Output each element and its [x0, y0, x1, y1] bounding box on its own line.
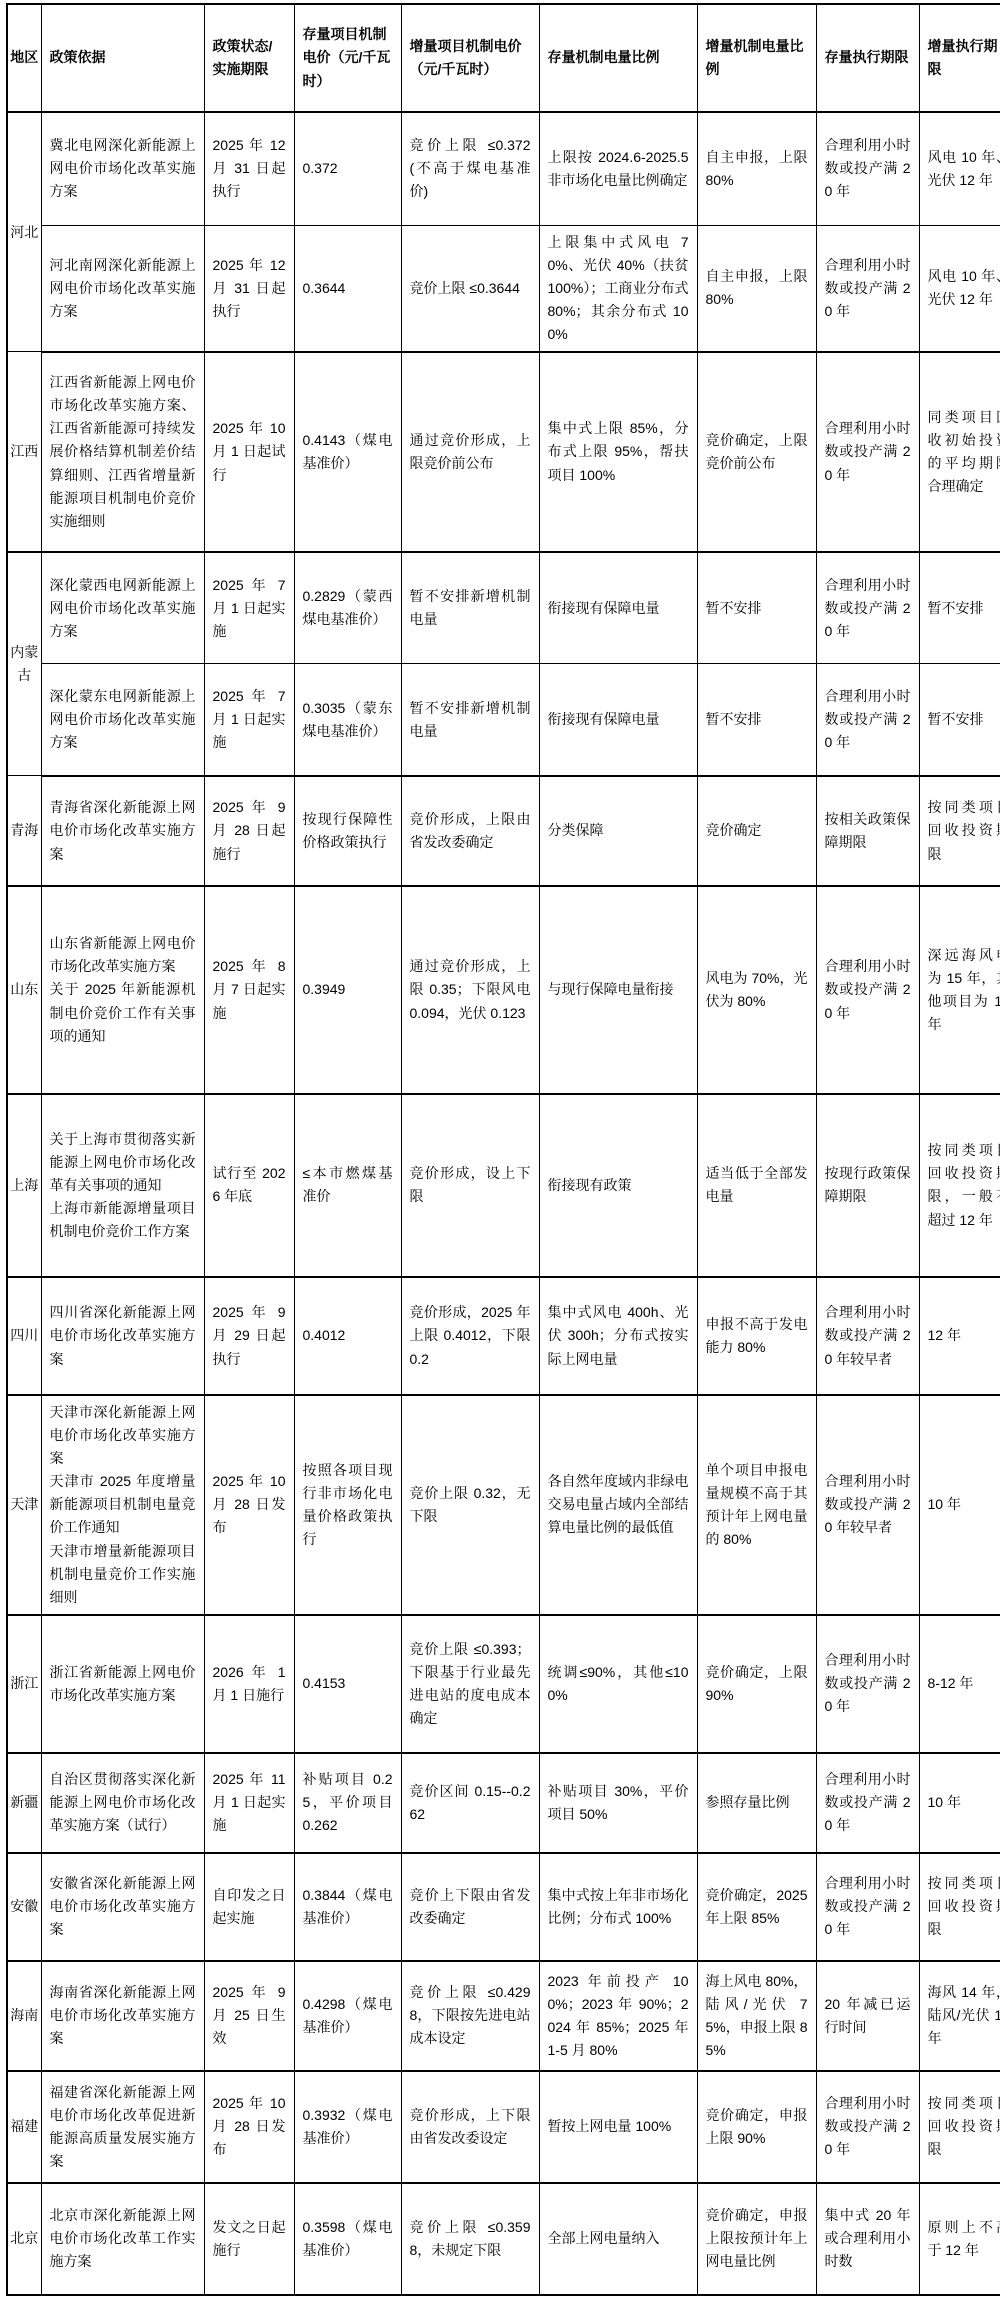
- cell-incremental-ratio: 海上风电 80%，陆风/光伏 75%，申报上限 85%: [697, 1961, 816, 2071]
- cell-policy-basis: 关于上海市贯彻落实新能源上网电价市场化改革有关事项的通知 上海市新能源增量项目机…: [41, 1094, 204, 1277]
- cell-existing-price: ≤本市燃煤基准价: [294, 1094, 401, 1277]
- cell-existing-term: 20 年减已运行时间: [816, 1961, 919, 2071]
- region-cell: 新疆: [7, 1753, 41, 1853]
- table-row: 河北冀北电网深化新能源上网电价市场化改革实施方案2025 年 12 月 31 日…: [7, 112, 1000, 225]
- cell-existing-ratio: 统调≤90%，其他≤100%: [539, 1615, 697, 1753]
- cell-existing-term: 合理利用小时数或投产满 20 年: [816, 886, 919, 1094]
- cell-existing-ratio: 暂按上网电量 100%: [539, 2071, 697, 2183]
- cell-existing-term: 合理利用小时数或投产满 20 年: [816, 352, 919, 552]
- cell-policy-basis: 深化蒙东电网新能源上网电价市场化改革实施方案: [41, 664, 204, 776]
- cell-incremental-term: 同类项目回收初始投资的平均期限合理确定: [919, 352, 1000, 552]
- cell-incremental-price: 竞价上限 0.32，无下限: [401, 1395, 539, 1615]
- table-row: 山东山东省新能源上网电价市场化改革实施方案 关于 2025 年新能源机制电价竞价…: [7, 886, 1000, 1094]
- table-row: 深化蒙东电网新能源上网电价市场化改革实施方案2025 年 7 月 1 日起实施0…: [7, 664, 1000, 776]
- cell-incremental-ratio: 单个项目申报电量规模不高于其预计年上网电量的 80%: [697, 1395, 816, 1615]
- cell-incremental-term: 海风 14 年，陆风/光伏 12 年: [919, 1961, 1000, 2071]
- cell-incremental-price: 竞价形成，2025 年上限 0.4012，下限 0.2: [401, 1277, 539, 1395]
- cell-existing-term: 按相关政策保障期限: [816, 776, 919, 886]
- cell-policy-status: 2025 年 7 月 1 日起实施: [204, 552, 294, 664]
- header-cell-existing-ratio: 存量机制电量比例: [539, 4, 697, 112]
- cell-existing-ratio: 集中式风电 400h、光伏 300h；分布式按实际上网电量: [539, 1277, 697, 1395]
- cell-policy-basis: 安徽省深化新能源上网电价市场化改革实施方案: [41, 1853, 204, 1961]
- cell-policy-status: 2025 年 9 月 25 日生效: [204, 1961, 294, 2071]
- page: 地区政策依据政策状态/实施期限存量项目机制电价（元/千瓦时）增量项目机制电价（元…: [0, 0, 1000, 2299]
- cell-policy-status: 2025 年 8 月 7 日起实施: [204, 886, 294, 1094]
- cell-existing-ratio: 集中式按上年非市场化比例；分布式 100%: [539, 1853, 697, 1961]
- cell-existing-term: 合理利用小时数或投产满 20 年: [816, 225, 919, 352]
- cell-policy-status: 2025 年 12 月 31 日起执行: [204, 225, 294, 352]
- cell-existing-price: 0.2829（蒙西煤电基准价）: [294, 552, 401, 664]
- cell-existing-price: 0.4153: [294, 1615, 401, 1753]
- cell-incremental-term: 10 年: [919, 1753, 1000, 1853]
- region-cell: 天津: [7, 1395, 41, 1615]
- cell-incremental-price: 竞价上限 ≤0.3598，未规定下限: [401, 2183, 539, 2295]
- cell-existing-price: 0.3035（蒙东煤电基准价）: [294, 664, 401, 776]
- cell-policy-basis: 河北南网深化新能源上网电价市场化改革实施方案: [41, 225, 204, 352]
- cell-policy-basis: 山东省新能源上网电价市场化改革实施方案 关于 2025 年新能源机制电价竞价工作…: [41, 886, 204, 1094]
- cell-incremental-price: 竞价上下限由省发改委确定: [401, 1853, 539, 1961]
- cell-existing-term: 合理利用小时数或投产满 20 年: [816, 112, 919, 225]
- cell-incremental-ratio: 风电为 70%，光伏为 80%: [697, 886, 816, 1094]
- region-cell: 山东: [7, 886, 41, 1094]
- header-cell-incremental-term: 增量执行期限: [919, 4, 1000, 112]
- cell-incremental-term: 暂不安排: [919, 552, 1000, 664]
- cell-policy-status: 自印发之日起实施: [204, 1853, 294, 1961]
- cell-policy-status: 2025 年 12 月 31 日起执行: [204, 112, 294, 225]
- cell-existing-price: 0.4012: [294, 1277, 401, 1395]
- region-cell: 北京: [7, 2183, 41, 2295]
- cell-existing-price: 0.4298（煤电基准价）: [294, 1961, 401, 2071]
- region-cell: 安徽: [7, 1853, 41, 1961]
- cell-existing-ratio: 上限按 2024.6-2025.5 非市场化电量比例确定: [539, 112, 697, 225]
- cell-incremental-term: 按同类项目回收投资期限，一般不超过 12 年: [919, 1094, 1000, 1277]
- cell-incremental-price: 竞价上限 ≤0.3644: [401, 225, 539, 352]
- cell-existing-term: 合理利用小时数或投产满 20 年较早者: [816, 1395, 919, 1615]
- table-row: 江西江西省新能源上网电价市场化改革实施方案、江西省新能源可持续发展价格结算机制差…: [7, 352, 1000, 552]
- header-cell-policy-basis: 政策依据: [41, 4, 204, 112]
- cell-existing-ratio: 衔接现有政策: [539, 1094, 697, 1277]
- table-body: 河北冀北电网深化新能源上网电价市场化改革实施方案2025 年 12 月 31 日…: [7, 112, 1000, 2295]
- cell-incremental-price: 竞价形成，设上下限: [401, 1094, 539, 1277]
- cell-existing-ratio: 衔接现有保障电量: [539, 552, 697, 664]
- region-cell: 江西: [7, 352, 41, 552]
- cell-incremental-price: 暂不安排新增机制电量: [401, 552, 539, 664]
- cell-existing-term: 合理利用小时数或投产满 20 年较早者: [816, 1277, 919, 1395]
- cell-incremental-term: 按同类项目回收投资期限: [919, 1853, 1000, 1961]
- header-cell-incremental-price: 增量项目机制电价（元/千瓦时）: [401, 4, 539, 112]
- cell-policy-status: 2025 年 9 月 29 日起执行: [204, 1277, 294, 1395]
- cell-policy-basis: 天津市深化新能源上网电价市场化改革实施方案 天津市 2025 年度增量新能源项目…: [41, 1395, 204, 1615]
- cell-incremental-ratio: 适当低于全部发电量: [697, 1094, 816, 1277]
- cell-incremental-term: 风电 10 年、光伏 12 年: [919, 225, 1000, 352]
- header-cell-existing-term: 存量执行期限: [816, 4, 919, 112]
- cell-incremental-price: 竞价形成，上下限由省发改委设定: [401, 2071, 539, 2183]
- cell-policy-basis: 北京市深化新能源上网电价市场化改革工作实施方案: [41, 2183, 204, 2295]
- cell-incremental-term: 风电 10 年、光伏 12 年: [919, 112, 1000, 225]
- header-cell-region: 地区: [7, 4, 41, 112]
- cell-policy-status: 2025 年 10 月 28 日发布: [204, 2071, 294, 2183]
- region-cell: 内蒙古: [7, 552, 41, 776]
- cell-incremental-price: 通过竞价形成，上限 0.35；下限风电 0.094，光伏 0.123: [401, 886, 539, 1094]
- cell-incremental-term: 按同类项目回收投资期限: [919, 776, 1000, 886]
- cell-existing-price: 0.372: [294, 112, 401, 225]
- region-cell: 浙江: [7, 1615, 41, 1753]
- table-row: 青海青海省深化新能源上网电价市场化改革实施方案2025 年 9 月 28 日起施…: [7, 776, 1000, 886]
- cell-existing-ratio: 衔接现有保障电量: [539, 664, 697, 776]
- cell-policy-basis: 福建省深化新能源上网电价市场化改革促进新能源高质量发展实施方案: [41, 2071, 204, 2183]
- cell-incremental-ratio: 竞价确定，申报上限 90%: [697, 2071, 816, 2183]
- cell-incremental-ratio: 自主申报，上限 80%: [697, 112, 816, 225]
- cell-existing-ratio: 全部上网电量纳入: [539, 2183, 697, 2295]
- table-row: 新疆自治区贯彻落实深化新能源上网电价市场化改革实施方案（试行）2025 年 11…: [7, 1753, 1000, 1853]
- cell-incremental-ratio: 申报不高于发电能力 80%: [697, 1277, 816, 1395]
- table-row: 四川四川省深化新能源上网电价市场化改革实施方案2025 年 9 月 29 日起执…: [7, 1277, 1000, 1395]
- cell-policy-status: 2025 年 10 月 28 日发布: [204, 1395, 294, 1615]
- region-cell: 海南: [7, 1961, 41, 2071]
- cell-incremental-ratio: 自主申报，上限 80%: [697, 225, 816, 352]
- cell-policy-status: 2025 年 11 月 1 日起实施: [204, 1753, 294, 1853]
- table-row: 安徽安徽省深化新能源上网电价市场化改革实施方案自印发之日起实施0.3844（煤电…: [7, 1853, 1000, 1961]
- cell-existing-term: 集中式 20 年或合理利用小时数: [816, 2183, 919, 2295]
- cell-incremental-ratio: 竞价确定，上限竞价前公布: [697, 352, 816, 552]
- cell-existing-ratio: 分类保障: [539, 776, 697, 886]
- cell-incremental-term: 暂不安排: [919, 664, 1000, 776]
- cell-incremental-price: 暂不安排新增机制电量: [401, 664, 539, 776]
- cell-incremental-ratio: 竞价确定: [697, 776, 816, 886]
- cell-existing-ratio: 各自然年度域内非绿电交易电量占域内全部结算电量比例的最低值: [539, 1395, 697, 1615]
- cell-existing-price: 按照各项目现行非市场化电量价格政策执行: [294, 1395, 401, 1615]
- cell-existing-ratio: 集中式上限 85%，分布式上限 95%，帮扶项目 100%: [539, 352, 697, 552]
- cell-incremental-price: 竞价区间 0.15--0.262: [401, 1753, 539, 1853]
- table-row: 河北南网深化新能源上网电价市场化改革实施方案2025 年 12 月 31 日起执…: [7, 225, 1000, 352]
- table-header: 地区政策依据政策状态/实施期限存量项目机制电价（元/千瓦时）增量项目机制电价（元…: [7, 4, 1000, 112]
- cell-policy-basis: 自治区贯彻落实深化新能源上网电价市场化改革实施方案（试行）: [41, 1753, 204, 1853]
- header-row: 地区政策依据政策状态/实施期限存量项目机制电价（元/千瓦时）增量项目机制电价（元…: [7, 4, 1000, 112]
- cell-incremental-ratio: 竞价确定，上限 90%: [697, 1615, 816, 1753]
- cell-incremental-price: 竞价上限 ≤0.372(不高于煤电基准价): [401, 112, 539, 225]
- cell-incremental-price: 竞价上限 ≤0.4298，下限按先进电站成本设定: [401, 1961, 539, 2071]
- cell-policy-status: 2026 年 1 月 1 日施行: [204, 1615, 294, 1753]
- table-row: 北京北京市深化新能源上网电价市场化改革工作实施方案发文之日起施行0.3598（煤…: [7, 2183, 1000, 2295]
- cell-incremental-term: 12 年: [919, 1277, 1000, 1395]
- header-cell-existing-price: 存量项目机制电价（元/千瓦时）: [294, 4, 401, 112]
- table-row: 天津天津市深化新能源上网电价市场化改革实施方案 天津市 2025 年度增量新能源…: [7, 1395, 1000, 1615]
- cell-existing-price: 0.4143（煤电基准价）: [294, 352, 401, 552]
- cell-existing-price: 0.3932（煤电基准价）: [294, 2071, 401, 2183]
- cell-policy-basis: 深化蒙西电网新能源上网电价市场化改革实施方案: [41, 552, 204, 664]
- header-cell-incremental-ratio: 增量机制电量比例: [697, 4, 816, 112]
- cell-incremental-ratio: 暂不安排: [697, 664, 816, 776]
- table-row: 内蒙古深化蒙西电网新能源上网电价市场化改革实施方案2025 年 7 月 1 日起…: [7, 552, 1000, 664]
- cell-policy-basis: 江西省新能源上网电价市场化改革实施方案、江西省新能源可持续发展价格结算机制差价结…: [41, 352, 204, 552]
- cell-incremental-term: 10 年: [919, 1395, 1000, 1615]
- cell-existing-price: 补贴项目 0.25，平价项目 0.262: [294, 1753, 401, 1853]
- cell-existing-term: 合理利用小时数或投产满 20 年: [816, 552, 919, 664]
- cell-incremental-ratio: 竞价确定，2025 年上限 85%: [697, 1853, 816, 1961]
- cell-existing-ratio: 上限集中式风电 70%、光伏 40%（扶贫 100%）；工商业分布式 80%；其…: [539, 225, 697, 352]
- cell-policy-basis: 青海省深化新能源上网电价市场化改革实施方案: [41, 776, 204, 886]
- cell-policy-status: 试行至 2026 年底: [204, 1094, 294, 1277]
- table-row: 浙江浙江省新能源上网电价市场化改革实施方案2026 年 1 月 1 日施行0.4…: [7, 1615, 1000, 1753]
- cell-existing-term: 按现行政策保障期限: [816, 1094, 919, 1277]
- cell-existing-term: 合理利用小时数或投产满 20 年: [816, 1615, 919, 1753]
- cell-incremental-ratio: 参照存量比例: [697, 1753, 816, 1853]
- cell-existing-price: 按现行保障性价格政策执行: [294, 776, 401, 886]
- cell-policy-basis: 浙江省新能源上网电价市场化改革实施方案: [41, 1615, 204, 1753]
- cell-policy-status: 发文之日起施行: [204, 2183, 294, 2295]
- cell-policy-basis: 四川省深化新能源上网电价市场化改革实施方案: [41, 1277, 204, 1395]
- region-cell: 上海: [7, 1094, 41, 1277]
- cell-existing-price: 0.3644: [294, 225, 401, 352]
- cell-existing-price: 0.3598（煤电基准价）: [294, 2183, 401, 2295]
- cell-policy-status: 2025 年 9 月 28 日起施行: [204, 776, 294, 886]
- cell-existing-price: 0.3844（煤电基准价）: [294, 1853, 401, 1961]
- header-cell-policy-status: 政策状态/实施期限: [204, 4, 294, 112]
- cell-policy-basis: 冀北电网深化新能源上网电价市场化改革实施方案: [41, 112, 204, 225]
- cell-existing-ratio: 与现行保障电量衔接: [539, 886, 697, 1094]
- cell-existing-ratio: 补贴项目 30%，平价项目 50%: [539, 1753, 697, 1853]
- region-cell: 青海: [7, 776, 41, 886]
- cell-existing-ratio: 2023 年前投产 100%；2023 年 90%；2024 年 85%；202…: [539, 1961, 697, 2071]
- cell-policy-status: 2025 年 10 月 1 日起试行: [204, 352, 294, 552]
- table-row: 上海关于上海市贯彻落实新能源上网电价市场化改革有关事项的通知 上海市新能源增量项…: [7, 1094, 1000, 1277]
- cell-existing-term: 合理利用小时数或投产满 20 年: [816, 2071, 919, 2183]
- cell-incremental-price: 竞价形成，上限由省发改委确定: [401, 776, 539, 886]
- cell-existing-term: 合理利用小时数或投产满 20 年: [816, 664, 919, 776]
- cell-incremental-price: 竞价上限 ≤0.393；下限基于行业最先进电站的度电成本确定: [401, 1615, 539, 1753]
- cell-incremental-ratio: 竞价确定，申报上限按预计年上网电量比例: [697, 2183, 816, 2295]
- cell-policy-status: 2025 年 7 月 1 日起实施: [204, 664, 294, 776]
- cell-incremental-price: 通过竞价形成，上限竞价前公布: [401, 352, 539, 552]
- cell-existing-term: 合理利用小时数或投产满 20 年: [816, 1853, 919, 1961]
- policy-table: 地区政策依据政策状态/实施期限存量项目机制电价（元/千瓦时）增量项目机制电价（元…: [6, 3, 1000, 2296]
- cell-incremental-ratio: 暂不安排: [697, 552, 816, 664]
- cell-incremental-term: 原则上不高于 12 年: [919, 2183, 1000, 2295]
- cell-policy-basis: 海南省深化新能源上网电价市场化改革实施方案: [41, 1961, 204, 2071]
- cell-incremental-term: 深远海风电为 15 年，其他项目为 10 年: [919, 886, 1000, 1094]
- cell-existing-term: 合理利用小时数或投产满 20 年: [816, 1753, 919, 1853]
- table-row: 海南海南省深化新能源上网电价市场化改革实施方案2025 年 9 月 25 日生效…: [7, 1961, 1000, 2071]
- cell-existing-price: 0.3949: [294, 886, 401, 1094]
- cell-incremental-term: 按同类项目回收投资期限: [919, 2071, 1000, 2183]
- region-cell: 河北: [7, 112, 41, 352]
- region-cell: 福建: [7, 2071, 41, 2183]
- region-cell: 四川: [7, 1277, 41, 1395]
- table-row: 福建福建省深化新能源上网电价市场化改革促进新能源高质量发展实施方案2025 年 …: [7, 2071, 1000, 2183]
- cell-incremental-term: 8-12 年: [919, 1615, 1000, 1753]
